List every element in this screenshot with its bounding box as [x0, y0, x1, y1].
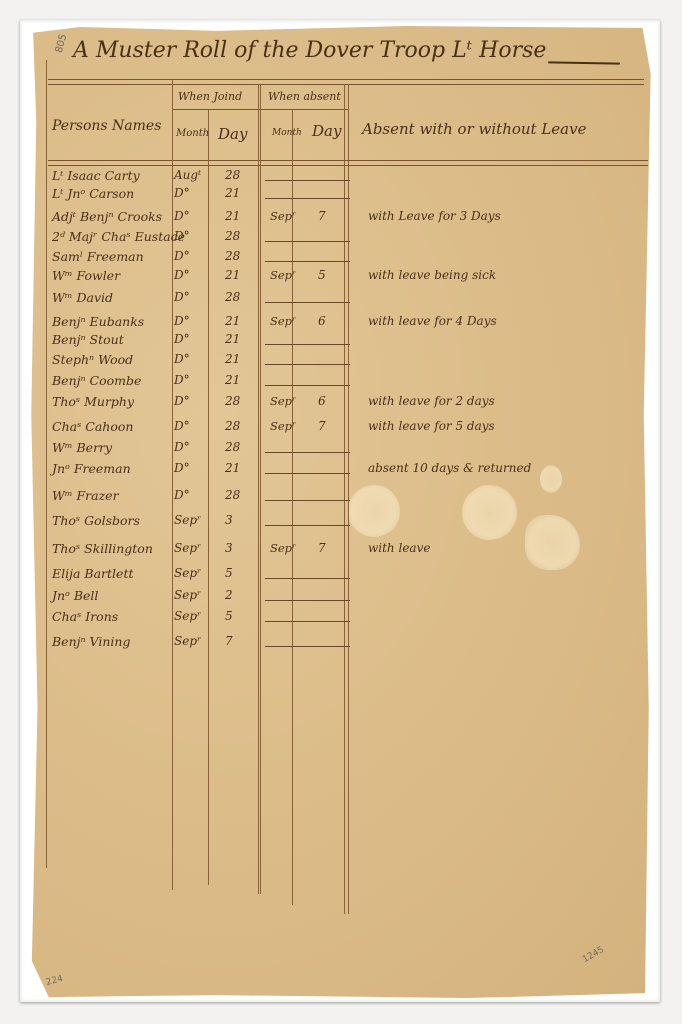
- row-leave-note: with leave being sick: [368, 268, 496, 282]
- row-name: Thoˢ Skillington: [52, 541, 153, 556]
- rule-top: [48, 79, 644, 80]
- col-line-absent-day: [344, 84, 345, 914]
- row-joined-day: 28: [225, 168, 240, 182]
- row-name: Benjⁿ Eubanks: [52, 314, 144, 329]
- row-joined-day: 28: [225, 290, 240, 304]
- row-name: Adjᵗ Benjⁿ Crooks: [52, 209, 162, 224]
- row-joined-month: D°: [174, 186, 190, 200]
- row-joined-day: 21: [225, 373, 240, 387]
- row-name: Chaˢ Irons: [52, 609, 118, 624]
- row-joined-day: 7: [225, 634, 233, 648]
- blank-dash: [265, 646, 350, 647]
- blank-dash: [265, 364, 350, 365]
- col-line-month: [208, 110, 209, 885]
- col-line-absent-month: [292, 110, 293, 905]
- row-name: Thoˢ Golsbors: [52, 513, 140, 528]
- row-absent-month: Sepʳ: [270, 209, 296, 223]
- row-absent-day: 7: [318, 419, 326, 433]
- row-name: Stephⁿ Wood: [52, 352, 133, 367]
- row-joined-day: 21: [225, 352, 240, 366]
- col-line-day-b: [260, 84, 261, 894]
- row-name: Wᵐ Frazer: [52, 488, 119, 503]
- water-stain: [462, 485, 517, 540]
- row-name: Lᵗ Jnᵒ Carson: [52, 186, 134, 201]
- header-absent-day: Day: [312, 122, 341, 140]
- row-joined-day: 3: [225, 513, 233, 527]
- blank-dash: [265, 452, 350, 453]
- row-joined-day: 28: [225, 419, 240, 433]
- row-leave-note: with leave for 5 days: [368, 419, 495, 433]
- row-name: Benjⁿ Stout: [52, 332, 124, 347]
- row-joined-day: 2: [225, 588, 233, 602]
- row-absent-month: Sepʳ: [270, 268, 296, 282]
- row-joined-month: Augᵗ: [174, 168, 201, 182]
- row-absent-day: 7: [318, 541, 326, 555]
- row-joined-day: 5: [225, 566, 233, 580]
- row-absent-day: 6: [318, 394, 326, 408]
- row-joined-month: D°: [174, 352, 190, 366]
- row-joined-month: D°: [174, 314, 190, 328]
- row-absent-day: 7: [318, 209, 326, 223]
- col-line-names: [172, 80, 173, 890]
- row-name: Lᵗ Isaac Carty: [52, 168, 140, 183]
- header-when-absent: When absent: [268, 90, 341, 103]
- row-leave-note: absent 10 days & returned: [368, 461, 531, 475]
- row-name: Wᵐ Fowler: [52, 268, 120, 283]
- row-joined-day: 21: [225, 332, 240, 346]
- water-stain: [348, 485, 400, 537]
- col-line-day: [258, 84, 259, 894]
- blank-dash: [265, 302, 350, 303]
- row-joined-month: D°: [174, 249, 190, 263]
- row-joined-month: D°: [174, 394, 190, 408]
- row-leave-note: with Leave for 3 Days: [368, 209, 501, 223]
- water-stain: [525, 515, 580, 570]
- blank-dash: [265, 525, 350, 526]
- row-name: Wᵐ Berry: [52, 440, 112, 455]
- blank-dash: [265, 578, 350, 579]
- row-joined-month: Sepʳ: [174, 588, 201, 602]
- row-joined-month: D°: [174, 461, 190, 475]
- row-absent-month: Sepʳ: [270, 541, 296, 555]
- row-name: Thoˢ Murphy: [52, 394, 134, 409]
- rule-subheader: [173, 109, 349, 110]
- col-line-absent-day-b: [348, 84, 349, 914]
- row-absent-month: Sepʳ: [270, 419, 296, 433]
- row-joined-month: D°: [174, 229, 190, 243]
- header-absent-month: Month: [272, 128, 302, 138]
- row-name: Jnᵒ Freeman: [52, 461, 131, 476]
- row-leave-note: with leave: [368, 541, 430, 555]
- blank-dash: [265, 500, 350, 501]
- water-stain: [540, 465, 562, 493]
- row-name: Elija Bartlett: [52, 566, 134, 581]
- row-name: Chaˢ Cahoon: [52, 419, 133, 434]
- row-joined-month: D°: [174, 209, 190, 223]
- row-name: Wᵐ David: [52, 290, 113, 305]
- row-joined-day: 3: [225, 541, 233, 555]
- blank-dash: [265, 241, 350, 242]
- blank-dash: [265, 600, 350, 601]
- row-name: Benjⁿ Vining: [52, 634, 130, 649]
- row-joined-month: Sepʳ: [174, 609, 201, 623]
- header-when-joined: When Joind: [178, 90, 242, 103]
- col-line-margin: [46, 60, 47, 868]
- row-absent-day: 6: [318, 314, 326, 328]
- blank-dash: [265, 344, 350, 345]
- row-joined-day: 21: [225, 461, 240, 475]
- row-joined-month: D°: [174, 440, 190, 454]
- blank-dash: [265, 385, 350, 386]
- row-joined-day: 21: [225, 314, 240, 328]
- row-leave-note: with leave for 4 Days: [368, 314, 497, 328]
- blank-dash: [265, 473, 350, 474]
- row-joined-month: D°: [174, 290, 190, 304]
- header-leave: Absent with or without Leave: [362, 120, 586, 138]
- row-name: 2ᵈ Majʳ Chaˢ Eustace: [52, 229, 185, 244]
- row-joined-month: Sepʳ: [174, 541, 201, 555]
- row-joined-day: 28: [225, 440, 240, 454]
- row-name: Benjⁿ Coombe: [52, 373, 141, 388]
- row-joined-month: D°: [174, 419, 190, 433]
- row-joined-month: Sepʳ: [174, 566, 201, 580]
- row-joined-month: D°: [174, 488, 190, 502]
- blank-dash: [265, 180, 350, 181]
- row-joined-day: 21: [225, 268, 240, 282]
- row-joined-month: Sepʳ: [174, 634, 201, 648]
- blank-dash: [265, 261, 350, 262]
- row-joined-day: 21: [225, 186, 240, 200]
- row-absent-month: Sepʳ: [270, 394, 296, 408]
- row-absent-month: Sepʳ: [270, 314, 296, 328]
- blank-dash: [265, 621, 350, 622]
- row-joined-day: 28: [225, 394, 240, 408]
- header-day: Day: [218, 125, 247, 143]
- blank-dash: [265, 198, 350, 199]
- header-persons-names: Persons Names: [52, 118, 161, 134]
- header-month: Month: [176, 128, 209, 139]
- row-joined-day: 5: [225, 609, 233, 623]
- row-joined-day: 28: [225, 249, 240, 263]
- row-absent-day: 5: [318, 268, 326, 282]
- row-joined-day: 28: [225, 488, 240, 502]
- rule-top-double: [48, 84, 644, 85]
- row-joined-day: 21: [225, 209, 240, 223]
- row-joined-month: D°: [174, 268, 190, 282]
- row-name: Samˡ Freeman: [52, 249, 144, 264]
- document-title: A Muster Roll of the Dover Troop Lᵗ Hors…: [73, 38, 546, 63]
- row-joined-month: Sepʳ: [174, 513, 201, 527]
- row-name: Jnᵒ Bell: [52, 588, 98, 603]
- row-joined-day: 28: [225, 229, 240, 243]
- row-joined-month: D°: [174, 373, 190, 387]
- row-joined-month: D°: [174, 332, 190, 346]
- row-leave-note: with leave for 2 days: [368, 394, 495, 408]
